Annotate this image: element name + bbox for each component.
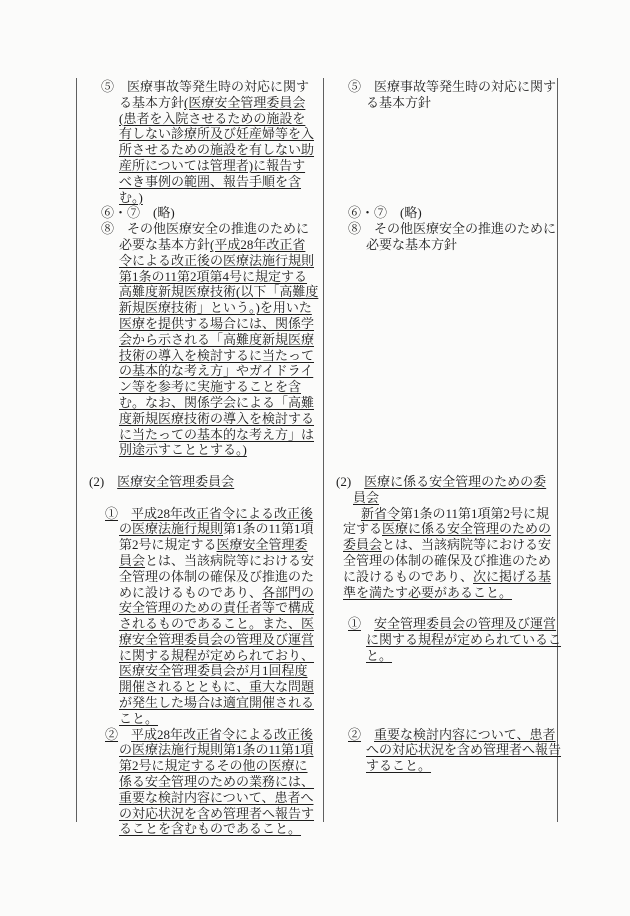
text-line: む。なお、関係学会による「高難: [77, 395, 322, 411]
blank-line: [77, 458, 322, 474]
text-segment: ⑥・⑦ (略): [348, 205, 422, 220]
text-line: ② 平成28年改正省令による改正後: [77, 727, 322, 743]
inserted-text-segment: 重要な検討内容について、患者: [374, 727, 555, 742]
text-line: に関する規程が定められており、: [77, 648, 322, 664]
text-line: 高難度新規医療技術(以下「高難度: [77, 284, 322, 300]
text-segment: 全管理の体制の確保及び推進のた: [119, 569, 314, 584]
text-line: 委員会とは、当該病院等における安: [324, 537, 556, 553]
text-line: ① 安全管理委員会の管理及び運営: [324, 616, 556, 632]
text-segment: (2): [89, 474, 117, 489]
inserted-text-segment: 委員会: [343, 537, 382, 552]
inserted-text-segment: 医療安全管理委員会が月1回程度: [119, 663, 308, 678]
inserted-text-segment: 平成28年改正省令による改正後: [131, 506, 313, 521]
text-line: 開催されるとともに、重大な問題: [77, 679, 322, 695]
inserted-text-segment: に関する規程が定められているこ: [366, 632, 561, 647]
inserted-text-segment: 医療安全管理委: [217, 537, 308, 552]
inserted-text-segment: 第2号に規定するその他の医療に: [119, 758, 308, 773]
inserted-text-segment: 別途示すこととする。): [119, 442, 247, 457]
inserted-text-segment: ②: [348, 727, 361, 742]
text-line: ⑤ 医療事故等発生時の対応に関す: [324, 79, 556, 95]
text-line: 新省令第1条の11第1項第2号に規: [324, 506, 556, 522]
inserted-text-segment: 有しない診療所及び妊産婦等を入: [119, 126, 314, 141]
blank-line: [324, 458, 556, 474]
text-line: る基本方針: [324, 95, 556, 111]
inserted-text-segment: 医療に係る安全管理のための: [382, 521, 551, 536]
text-line: の基本的な考え方」やガイドライ: [77, 363, 322, 379]
text-line: めに設けるものであり、各部門の: [77, 585, 322, 601]
text-line: に当たっての基本的な考え方」は: [77, 427, 322, 443]
blank-line: [324, 158, 556, 174]
text-segment: [118, 506, 131, 521]
text-line: ① 平成28年改正省令による改正後: [77, 506, 322, 522]
text-segment: ⑤ 医療事故等発生時の対応に関す: [348, 79, 556, 94]
text-line: ⑧ その他医療安全の推進のために: [77, 221, 322, 237]
text-segment: ⑧ その他医療安全の推進のために: [101, 221, 309, 236]
inserted-text-segment: 療安全管理委員会の管理及び運営: [119, 632, 314, 647]
blank-line: [324, 332, 556, 348]
text-segment: る基本方針: [366, 95, 431, 110]
inserted-text-segment: 産所については管理者)に報告す: [119, 158, 305, 173]
inserted-text-segment: ②: [105, 727, 118, 742]
text-line: 定する医療に係る安全管理のための: [324, 521, 556, 537]
text-line: の医療法施行規則第1条の11第1項: [77, 521, 322, 537]
text-line: 重要な検討内容について、患者へ: [77, 790, 322, 806]
text-line: ることを含むものであること。: [77, 821, 322, 837]
text-segment: る基本方針: [119, 95, 184, 110]
inserted-text-segment: の基本的な考え方」やガイドライ: [119, 363, 313, 378]
inserted-text-segment: 重要な検討内容について、患者へ: [119, 790, 313, 805]
text-segment: 第1条の11第1項: [223, 521, 314, 536]
inserted-text-segment: 開催されるとともに、重大な問題: [119, 679, 314, 694]
text-line: 員会とは、当該病院等における安: [77, 553, 322, 569]
blank-line: [324, 190, 556, 206]
text-line: と。: [324, 648, 556, 664]
text-line: 療安全管理委員会の管理及び運営: [77, 632, 322, 648]
text-line: ⑤ 医療事故等発生時の対応に関す: [77, 79, 322, 95]
inserted-text-segment: 各部門の: [262, 585, 314, 600]
inserted-text-segment: が発生した場合は適宜開催される: [119, 695, 314, 710]
inserted-text-segment: 度新規医療技術の導入を検討する: [119, 411, 314, 426]
blank-line: [324, 142, 556, 158]
text-line: 所させるための施設を有しない助: [77, 142, 322, 158]
text-line: ⑥・⑦ (略): [77, 205, 322, 221]
text-line: ⑥・⑦ (略): [324, 205, 556, 221]
inserted-text-segment: ①: [105, 506, 118, 521]
inserted-text-segment: 医療を提供する場合には、関係学: [119, 316, 314, 331]
text-line: の医療法施行規則第1条の11第1項: [77, 742, 322, 758]
text-segment: 必要な基本方針: [119, 237, 210, 252]
blank-line: [324, 348, 556, 364]
inserted-text-segment: ることを含むものであること。: [119, 821, 301, 836]
inserted-text-segment: 準を満たす必要があること。: [343, 585, 512, 600]
text-line: 産所については管理者)に報告す: [77, 158, 322, 174]
inserted-text-segment: 安全管理のための責任者等で構成: [119, 600, 314, 615]
inserted-text-segment: 医療に係る安全管理のための委: [364, 474, 546, 489]
inserted-text-segment: 令による改正後の医療法施行規則: [119, 253, 314, 268]
text-segment: に設けるものであり、: [343, 569, 473, 584]
inserted-text-segment: されるものであること。また、医: [119, 616, 314, 631]
text-segment: [361, 616, 374, 631]
text-segment: 第2号に規定する: [119, 537, 217, 552]
inserted-text-segment: (平成28年改正省: [210, 237, 305, 252]
text-line: 係る安全管理のための業務には、: [77, 774, 322, 790]
text-line: む。): [77, 190, 322, 206]
text-line: が発生した場合は適宜開催される: [77, 695, 322, 711]
text-segment: ⑧ その他医療安全の推進のために: [348, 221, 556, 236]
blank-line: [324, 379, 556, 395]
text-line: されるものであること。また、医: [77, 616, 322, 632]
text-line: すること。: [324, 758, 556, 774]
text-segment: [118, 727, 131, 742]
current-text-column: ⑤ 医療事故等発生時の対応に関する基本方針 ⑥・⑦ (略)⑧ その他医療安全の推…: [324, 79, 556, 774]
blank-line: [324, 663, 556, 679]
blank-line: [324, 126, 556, 142]
text-line: 安全管理のための責任者等で構成: [77, 600, 322, 616]
text-line: 度新規医療技術の導入を検討する: [77, 411, 322, 427]
inserted-text-segment: の医療法施行規則: [119, 521, 223, 536]
inserted-text-segment: 第1条の11第2項第4号に規定する: [119, 269, 307, 284]
text-line: の対応状況を含め管理者へ報告す: [77, 806, 322, 822]
inserted-text-segment: 員会: [119, 553, 145, 568]
inserted-text-segment: 安全管理委員会の管理及び運営: [374, 616, 556, 631]
inserted-text-segment: 平成28年改正省令による改正後: [131, 727, 313, 742]
text-line: 第2号に規定するその他の医療に: [77, 758, 322, 774]
inserted-text-segment: 新規医療技術」という。)を用いた: [119, 300, 312, 315]
blank-line: [324, 395, 556, 411]
inserted-text-segment: 高難度新規医療技術(以下「高難度: [119, 284, 318, 299]
text-line: 第2号に規定する医療安全管理委: [77, 537, 322, 553]
text-line: る基本方針(医療安全管理委員会: [77, 95, 322, 111]
blank-line: [324, 111, 556, 127]
inserted-text-segment: 技術の導入を検討するに当たって: [119, 348, 314, 363]
text-segment: 必要な基本方針: [366, 237, 457, 252]
text-line: べき事例の範囲、報告手順を含: [77, 174, 322, 190]
text-line: 員会: [324, 490, 556, 506]
text-line: 医療を提供する場合には、関係学: [77, 316, 322, 332]
text-line: こと。: [77, 711, 322, 727]
inserted-text-segment: 所させるための施設を有しない助: [119, 142, 314, 157]
blank-line: [324, 695, 556, 711]
inserted-text-segment: 医療安全管理委員会: [117, 474, 234, 489]
text-line: に関する規程が定められているこ: [324, 632, 556, 648]
text-line: 有しない診療所及び妊産婦等を入: [77, 126, 322, 142]
blank-line: [324, 300, 556, 316]
inserted-text-segment: の対応状況を含め管理者へ報告す: [119, 806, 314, 821]
blank-line: [324, 316, 556, 332]
blank-line: [324, 442, 556, 458]
text-line: (2) 医療に係る安全管理のための委: [324, 474, 556, 490]
text-line: 令による改正後の医療法施行規則: [77, 253, 322, 269]
inserted-text-segment: む。なお、関係学会による「高難: [119, 395, 314, 410]
inserted-text-segment: の医療法施行規則第1条の11第1項: [119, 742, 314, 757]
inserted-text-segment: べき事例の範囲、報告手順を含: [119, 174, 301, 189]
inserted-text-segment: 会から示される「高難度新規医療: [119, 332, 314, 347]
document-page: ⑤ 医療事故等発生時の対応に関する基本方針(医療安全管理委員会(患者を入院させる…: [0, 0, 630, 916]
text-line: 全管理の体制の確保及び推進のため: [324, 553, 556, 569]
blank-line: [324, 253, 556, 269]
inserted-text-segment: (医療安全管理委員会: [184, 95, 305, 110]
text-line: ⑧ その他医療安全の推進のために: [324, 221, 556, 237]
text-line: 医療安全管理委員会が月1回程度: [77, 663, 322, 679]
text-line: 新規医療技術」という。)を用いた: [77, 300, 322, 316]
inserted-text-segment: こと。: [119, 711, 158, 726]
inserted-text-segment: (患者を入院させるための施設を: [119, 111, 305, 126]
inserted-text-segment: すること。: [366, 758, 431, 773]
text-segment: めに設けるものであり、: [119, 585, 262, 600]
text-segment: [361, 727, 374, 742]
text-line: 会から示される「高難度新規医療: [77, 332, 322, 348]
text-line: ② 重要な検討内容について、患者: [324, 727, 556, 743]
text-line: 第1条の11第2項第4号に規定する: [77, 269, 322, 285]
blank-line: [324, 600, 556, 616]
text-line: (患者を入院させるための施設を: [77, 111, 322, 127]
text-line: 別途示すこととする。): [77, 442, 322, 458]
blank-line: [324, 363, 556, 379]
blank-line: [324, 411, 556, 427]
blank-line: [324, 427, 556, 443]
inserted-text-segment: に関する規程が定められており、: [119, 648, 314, 663]
text-segment: ⑤ 医療事故等発生時の対応に関す: [101, 79, 309, 94]
inserted-text-segment: 新省令: [361, 506, 400, 521]
text-line: 全管理の体制の確保及び推進のた: [77, 569, 322, 585]
text-segment: 全管理の体制の確保及び推進のため: [343, 553, 551, 568]
inserted-text-segment: 次に掲げる基: [473, 569, 551, 584]
text-segment: 第1条の11第1項第2号に規: [400, 506, 549, 521]
text-line: に設けるものであり、次に掲げる基: [324, 569, 556, 585]
inserted-text-segment: む。): [119, 190, 143, 205]
inserted-text-segment: 係る安全管理のための業務には、: [119, 774, 314, 789]
table-border-right: [557, 78, 558, 822]
amended-text-column: ⑤ 医療事故等発生時の対応に関する基本方針(医療安全管理委員会(患者を入院させる…: [77, 79, 322, 837]
text-segment: とは、当該病院等における安: [145, 553, 314, 568]
inserted-text-segment: ン等を参考に実施することを含: [119, 379, 301, 394]
blank-line: [324, 679, 556, 695]
text-line: への対応状況を含め管理者へ報告: [324, 742, 556, 758]
blank-line: [324, 174, 556, 190]
text-segment: ⑥・⑦ (略): [101, 205, 175, 220]
blank-line: [324, 269, 556, 285]
blank-line: [324, 711, 556, 727]
blank-line: [324, 284, 556, 300]
inserted-text-segment: ①: [348, 616, 361, 631]
inserted-text-segment: への対応状況を含め管理者へ報告: [366, 742, 561, 757]
text-line: ン等を参考に実施することを含: [77, 379, 322, 395]
text-line: (2) 医療安全管理委員会: [77, 474, 322, 490]
blank-line: [77, 490, 322, 506]
text-segment: (2): [336, 474, 364, 489]
inserted-text-segment: に当たっての基本的な考え方」は: [119, 427, 314, 442]
text-line: 技術の導入を検討するに当たって: [77, 348, 322, 364]
text-segment: とは、当該病院等における安: [382, 537, 551, 552]
text-line: 必要な基本方針(平成28年改正省: [77, 237, 322, 253]
text-line: 準を満たす必要があること。: [324, 585, 556, 601]
text-line: 必要な基本方針: [324, 237, 556, 253]
inserted-text-segment: 員会: [353, 490, 379, 505]
inserted-text-segment: と。: [366, 648, 392, 663]
text-segment: 定する: [343, 521, 382, 536]
